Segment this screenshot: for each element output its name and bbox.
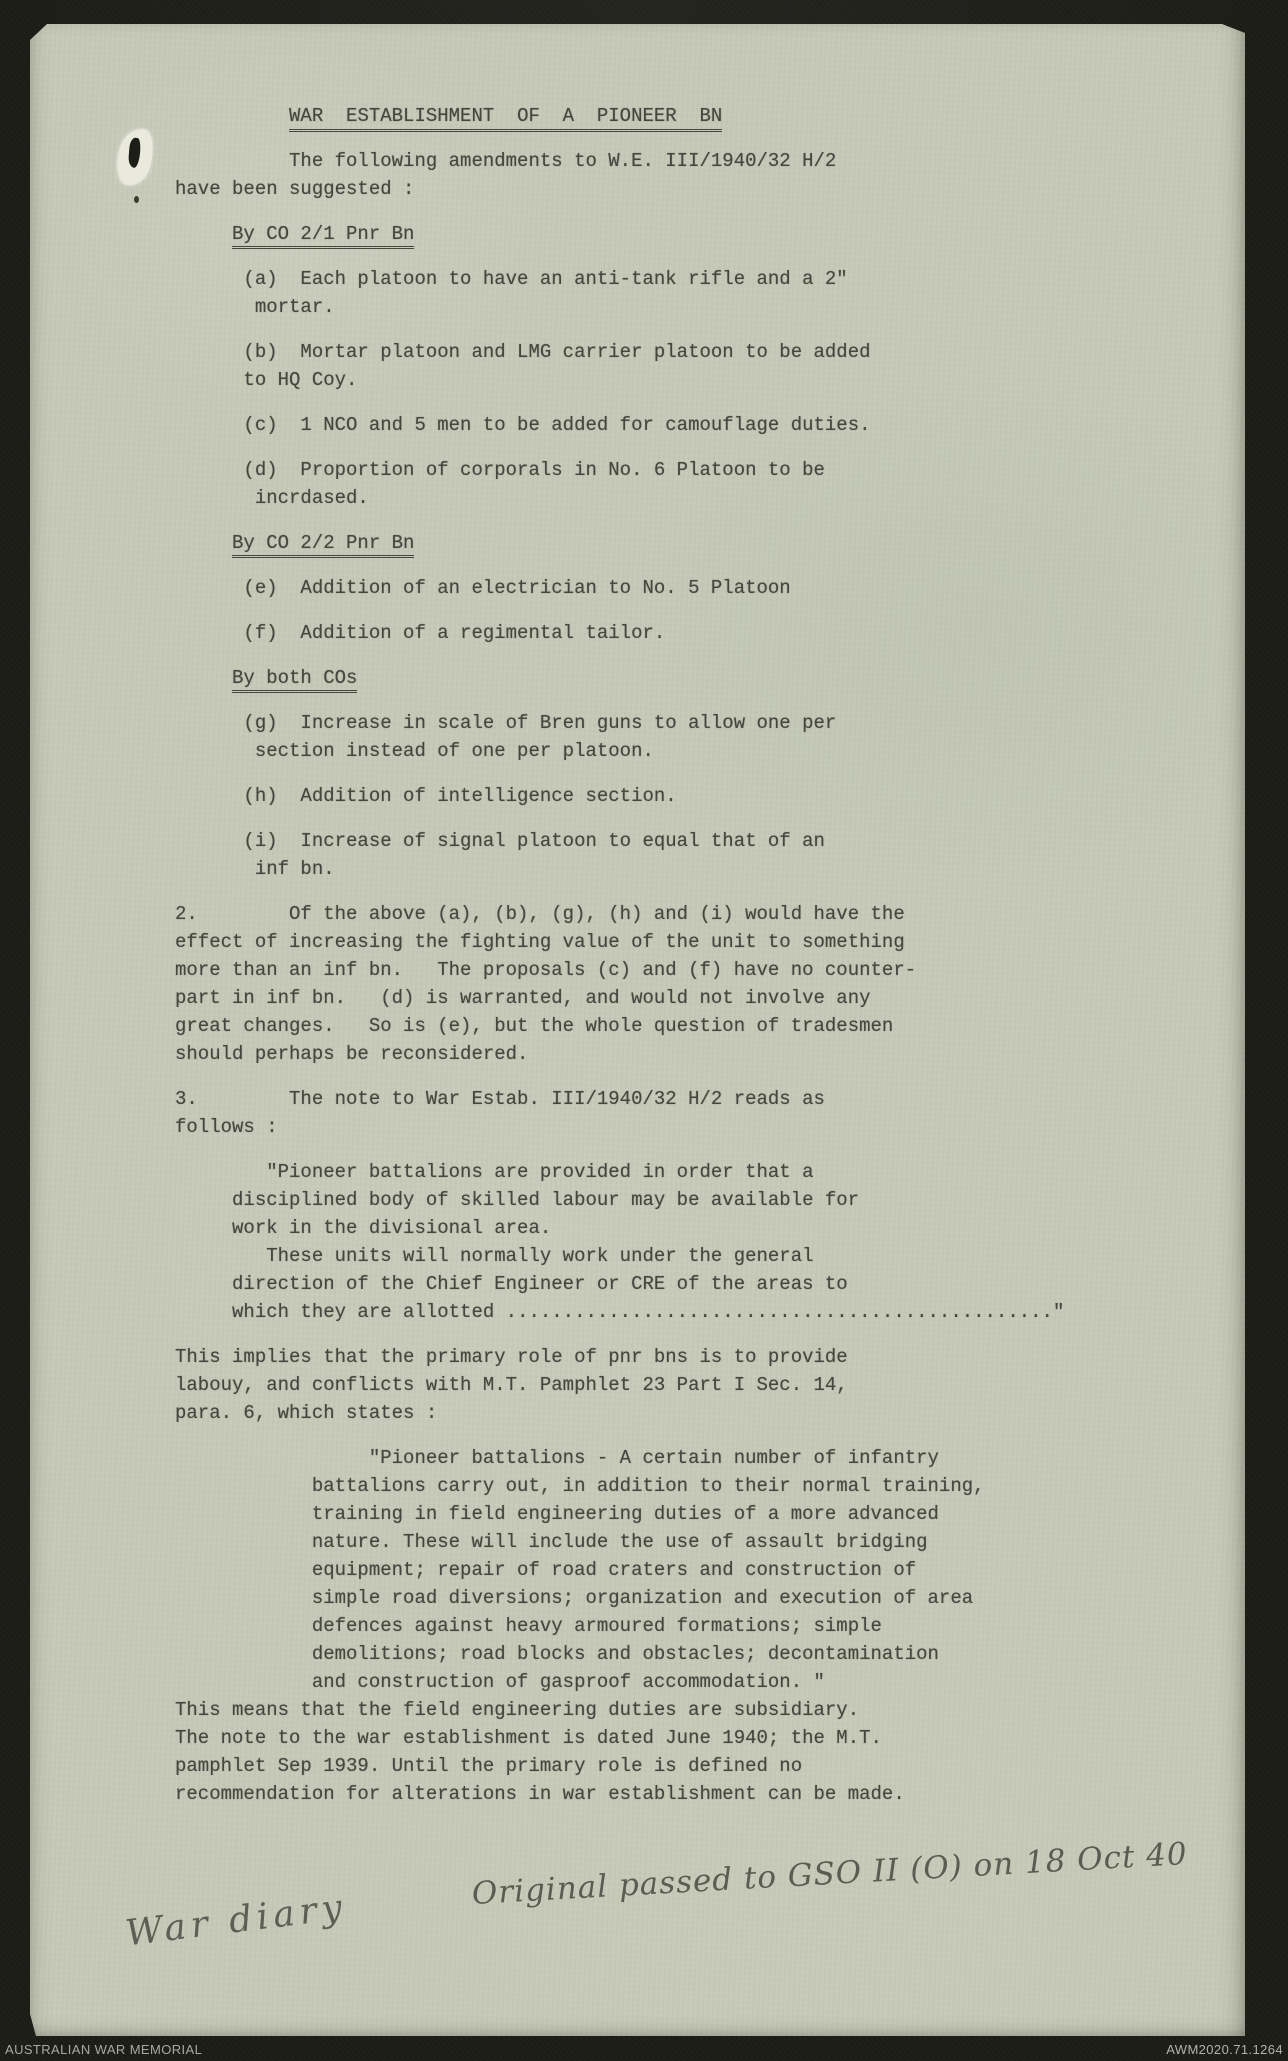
typed-line: effect of increasing the fighting value …: [175, 928, 1210, 956]
typed-line: follows :: [175, 1113, 1210, 1141]
paragraph: (e) Addition of an electrician to No. 5 …: [175, 574, 1210, 602]
typed-line: "Pioneer battalions are provided in orde…: [175, 1158, 1210, 1186]
paper-tear: [111, 125, 158, 190]
typed-line: battalions carry out, in addition to the…: [175, 1472, 1210, 1500]
typed-line: to HQ Coy.: [175, 366, 1210, 394]
typed-line: disciplined body of skilled labour may b…: [175, 1186, 1210, 1214]
typed-line: inf bn.: [175, 855, 1210, 883]
typed-line: (b) Mortar platoon and LMG carrier plato…: [175, 338, 1210, 366]
paragraph: (h) Addition of intelligence section.: [175, 782, 1210, 810]
document-page: WAR ESTABLISHMENT OF A PIONEER BN The fo…: [30, 24, 1245, 2036]
typed-line: By both COs: [175, 664, 1210, 692]
archive-reference-number: AWM2020.71.1264: [1166, 2042, 1283, 2057]
typed-line: pamphlet Sep 1939. Until the primary rol…: [175, 1752, 1210, 1780]
paragraph: "Pioneer battalions are provided in orde…: [175, 1158, 1210, 1326]
paper-tear-speck: [134, 196, 139, 203]
paragraph: (i) Increase of signal platoon to equal …: [175, 827, 1210, 883]
typed-line: (g) Increase in scale of Bren guns to al…: [175, 709, 1210, 737]
typed-line: simple road diversions; organization and…: [175, 1584, 1210, 1612]
typed-line: incrdased.: [175, 484, 1210, 512]
typed-line: defences against heavy armoured formatio…: [175, 1612, 1210, 1640]
typed-line: These units will normally work under the…: [175, 1242, 1210, 1270]
typed-line: demolitions; road blocks and obstacles; …: [175, 1640, 1210, 1668]
typed-line: (e) Addition of an electrician to No. 5 …: [175, 574, 1210, 602]
paragraph: 3. The note to War Estab. III/1940/32 H/…: [175, 1085, 1210, 1141]
paragraph: 2. Of the above (a), (b), (g), (h) and (…: [175, 900, 1210, 1068]
paragraph: (g) Increase in scale of Bren guns to al…: [175, 709, 1210, 765]
typed-line: By CO 2/1 Pnr Bn: [175, 220, 1210, 248]
typed-line: direction of the Chief Engineer or CRE o…: [175, 1270, 1210, 1298]
typed-line: (c) 1 NCO and 5 men to be added for camo…: [175, 411, 1210, 439]
typed-line: recommendation for alterations in war es…: [175, 1780, 1210, 1808]
typed-line: The note to the war establishment is dat…: [175, 1724, 1210, 1752]
typed-line: "Pioneer battalions - A certain number o…: [175, 1444, 1210, 1472]
paragraph: The following amendments to W.E. III/194…: [175, 147, 1210, 203]
typed-line: WAR ESTABLISHMENT OF A PIONEER BN: [175, 102, 1210, 130]
section-heading: By CO 2/2 Pnr Bn: [175, 529, 1210, 557]
typed-line: part in inf bn. (d) is warranted, and wo…: [175, 984, 1210, 1012]
typed-line: 2. Of the above (a), (b), (g), (h) and (…: [175, 900, 1210, 928]
typed-line: equipment; repair of road craters and co…: [175, 1556, 1210, 1584]
typed-line: By CO 2/2 Pnr Bn: [175, 529, 1210, 557]
section-heading: By both COs: [175, 664, 1210, 692]
handwritten-note-war-diary: War diary: [123, 1887, 349, 1955]
paragraph: "Pioneer battalions - A certain number o…: [175, 1444, 1210, 1696]
typed-line: training in field engineering duties of …: [175, 1500, 1210, 1528]
paragraph: (a) Each platoon to have an anti-tank ri…: [175, 265, 1210, 321]
typed-line: more than an inf bn. The proposals (c) a…: [175, 956, 1210, 984]
paragraph: (f) Addition of a regimental tailor.: [175, 619, 1210, 647]
typed-line: work in the divisional area.: [175, 1214, 1210, 1242]
typed-line: should perhaps be reconsidered.: [175, 1040, 1210, 1068]
typed-line: which they are allotted ................…: [175, 1298, 1210, 1326]
paragraph: This means that the field engineering du…: [175, 1696, 1210, 1808]
paragraph: (d) Proportion of corporals in No. 6 Pla…: [175, 456, 1210, 512]
typed-line: (f) Addition of a regimental tailor.: [175, 619, 1210, 647]
typed-line: This means that the field engineering du…: [175, 1696, 1210, 1724]
typed-line: and construction of gasproof accommodati…: [175, 1668, 1210, 1696]
typed-line: (h) Addition of intelligence section.: [175, 782, 1210, 810]
paper-tear-hole: [128, 137, 142, 168]
typed-line: have been suggested :: [175, 175, 1210, 203]
handwritten-note-original-passed: Original passed to GSO II (O) on 18 Oct …: [471, 1836, 1189, 1912]
typed-line: section instead of one per platoon.: [175, 737, 1210, 765]
typed-line: nature. These will include the use of as…: [175, 1528, 1210, 1556]
typed-line: labouy, and conflicts with M.T. Pamphlet…: [175, 1371, 1210, 1399]
typed-content: WAR ESTABLISHMENT OF A PIONEER BN The fo…: [175, 102, 1210, 1808]
typed-line: 3. The note to War Estab. III/1940/32 H/…: [175, 1085, 1210, 1113]
typed-line: (d) Proportion of corporals in No. 6 Pla…: [175, 456, 1210, 484]
archive-source-label: AUSTRALIAN WAR MEMORIAL: [5, 2042, 202, 2057]
typed-line: The following amendments to W.E. III/194…: [175, 147, 1210, 175]
typed-line: para. 6, which states :: [175, 1399, 1210, 1427]
typed-line: (a) Each platoon to have an anti-tank ri…: [175, 265, 1210, 293]
paragraph: (c) 1 NCO and 5 men to be added for camo…: [175, 411, 1210, 439]
typed-line: great changes. So is (e), but the whole …: [175, 1012, 1210, 1040]
typed-line: (i) Increase of signal platoon to equal …: [175, 827, 1210, 855]
paragraph: This implies that the primary role of pn…: [175, 1343, 1210, 1427]
typed-line: This implies that the primary role of pn…: [175, 1343, 1210, 1371]
document-title: WAR ESTABLISHMENT OF A PIONEER BN: [175, 102, 1210, 130]
paragraph: (b) Mortar platoon and LMG carrier plato…: [175, 338, 1210, 394]
section-heading: By CO 2/1 Pnr Bn: [175, 220, 1210, 248]
typed-line: mortar.: [175, 293, 1210, 321]
